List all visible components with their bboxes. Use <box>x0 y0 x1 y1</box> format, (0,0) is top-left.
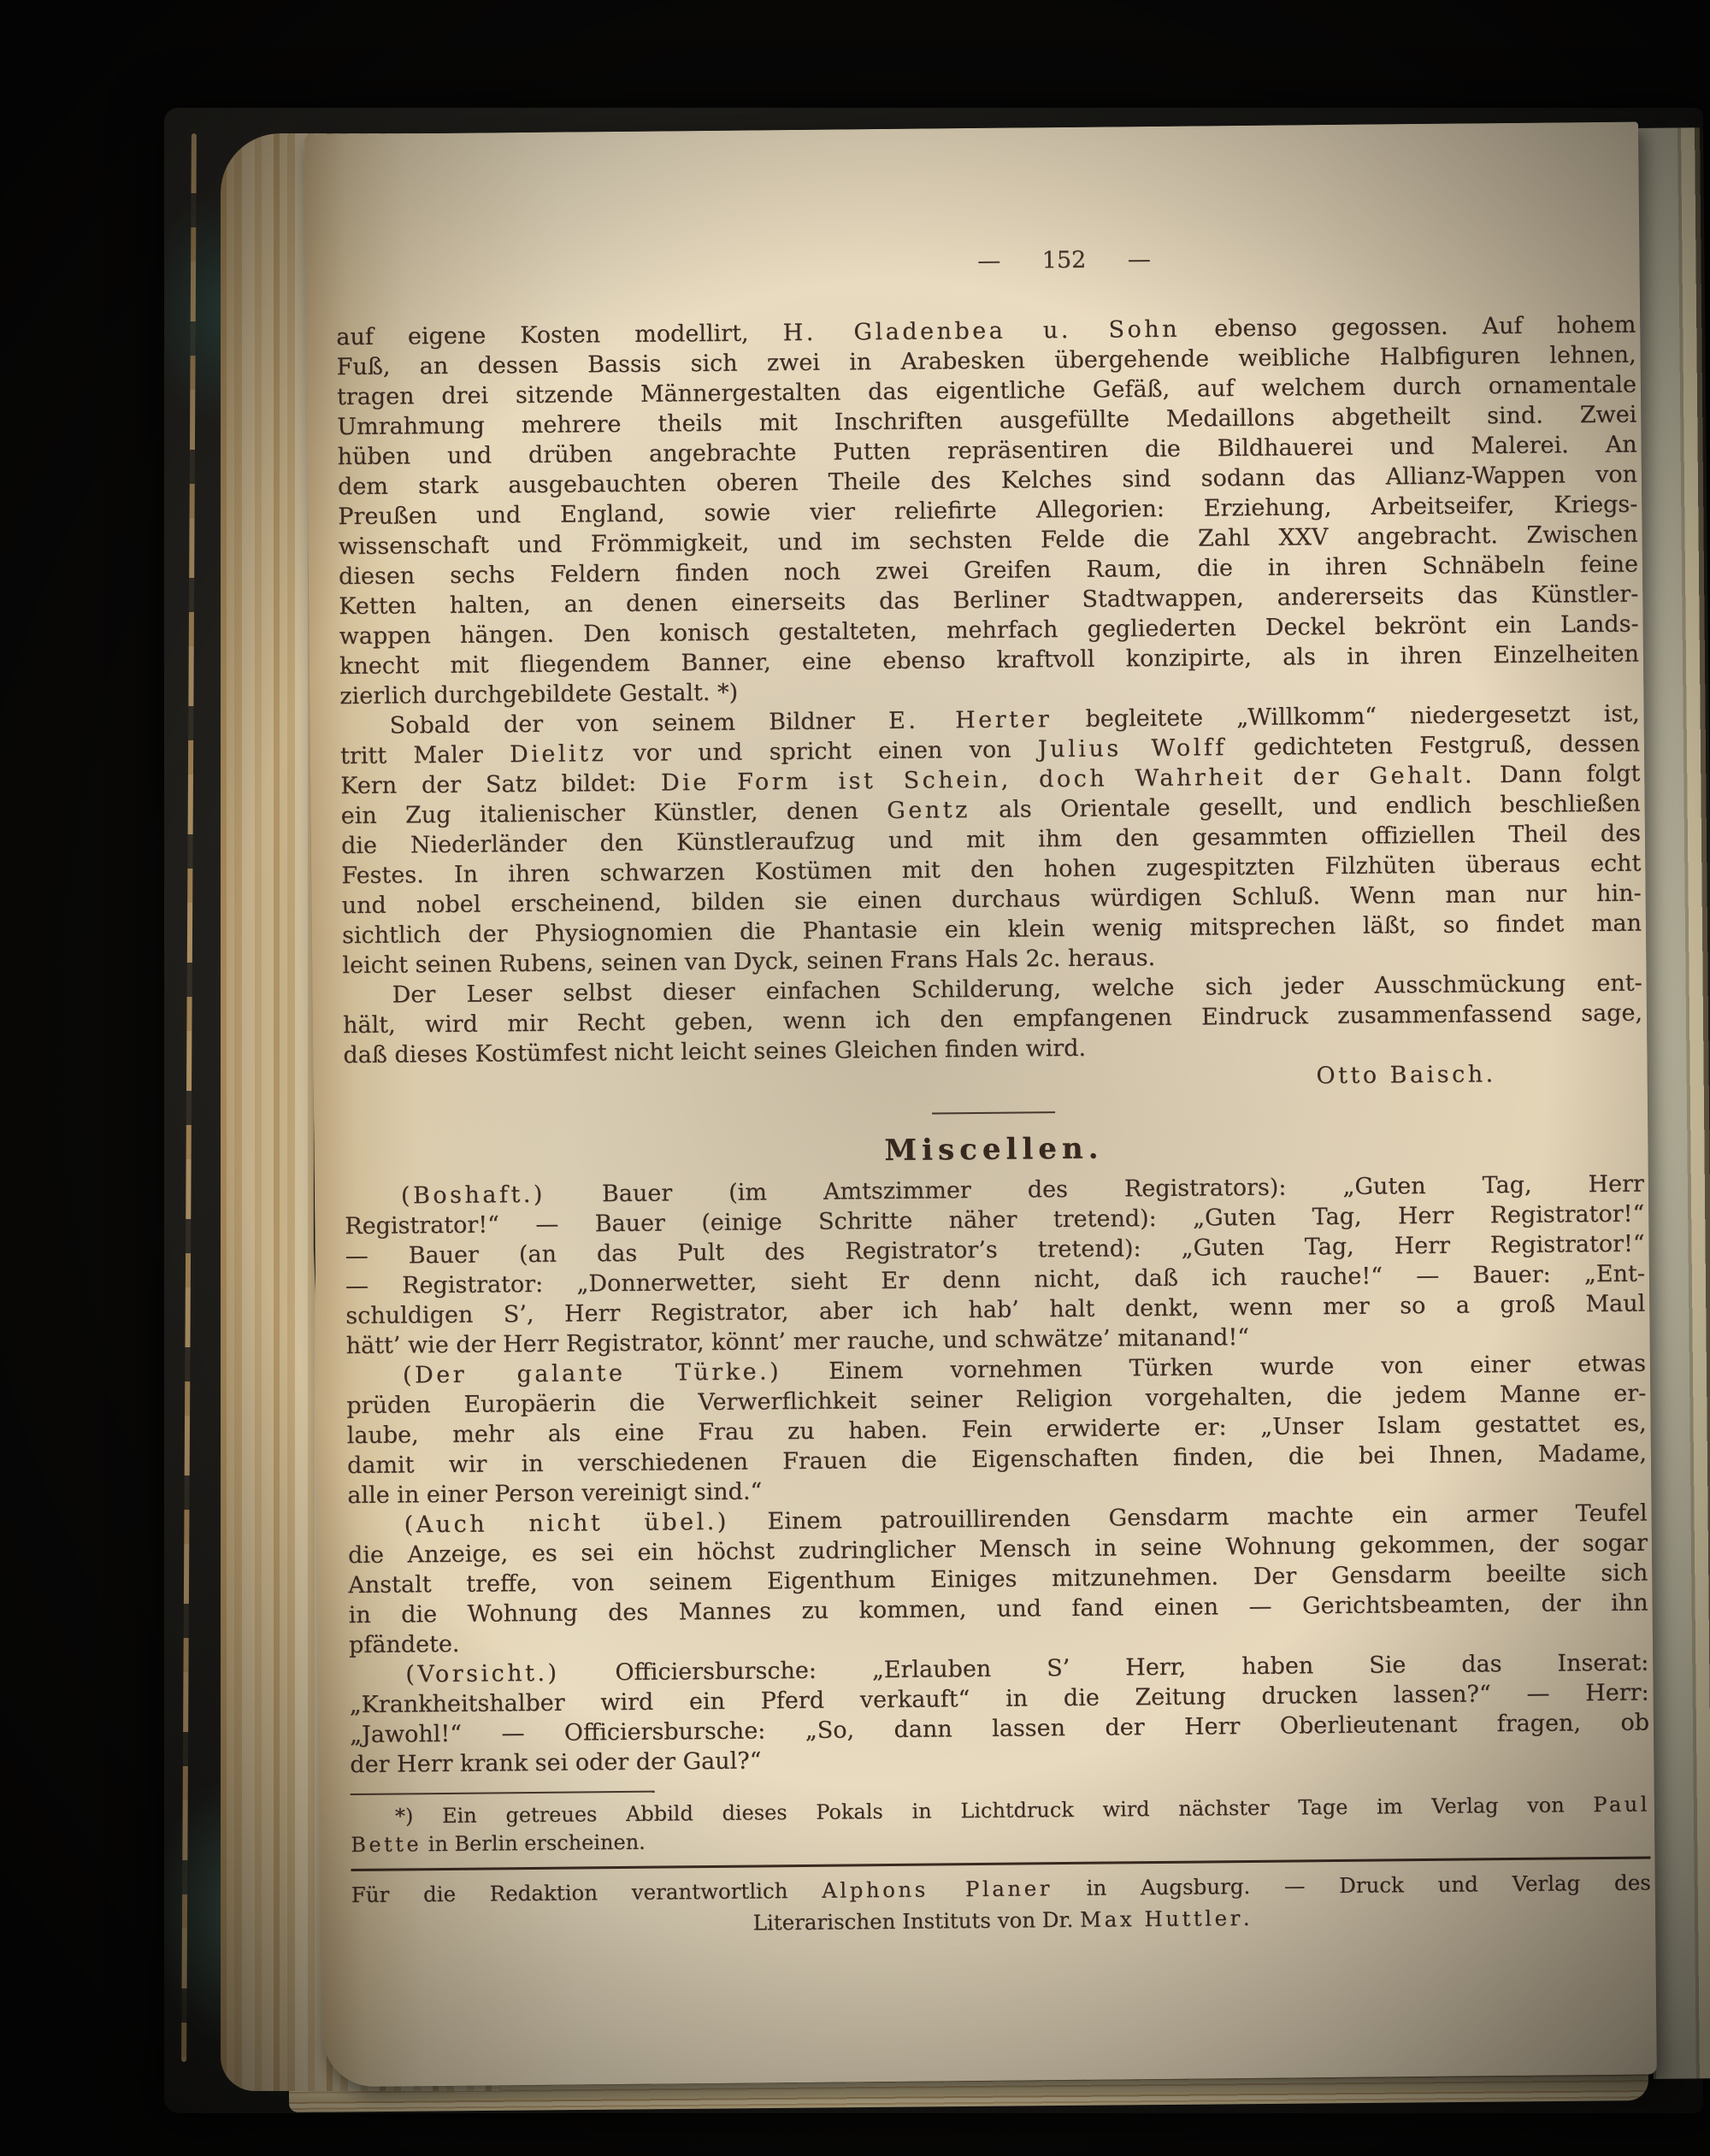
imprint: Für die Redaktion verantwortlich Alphons… <box>351 1866 1652 1942</box>
miscellen-item: (Vorsicht.) Officiersbursche: „Erlauben … <box>349 1647 1649 1780</box>
emphasized-text-segment: E. Herter <box>888 706 1052 734</box>
emphasized-text-segment: (Vorsicht.) <box>405 1660 559 1688</box>
text-segment: auf eigene Kosten modellirt, <box>336 320 783 350</box>
page-number-label: — 152 — <box>977 246 1151 274</box>
emphasized-text-segment: H. Gladenbea u. Sohn <box>783 316 1181 346</box>
miscellen-item: (Boshaft.) Bauer (im Amtszimmer des Regi… <box>345 1169 1646 1362</box>
miscellen-heading-label: Miscellen. <box>884 1132 1103 1168</box>
emphasized-text-segment: Alphons Planer <box>822 1876 1053 1903</box>
text-segment: Für die Redaktion verantwortlich <box>351 1878 823 1907</box>
text-segment: Literarischen Instituts von Dr. <box>753 1907 1081 1935</box>
emphasized-text-segment: Dielitz <box>510 740 606 768</box>
text-segment: der Herr krank sei oder der Gaul?“ <box>350 1747 761 1778</box>
article-body: auf eigene Kosten modellirt, H. Gladenbe… <box>336 310 1642 1071</box>
text-segment: pfändete. <box>349 1631 460 1658</box>
emphasized-text-segment: Julius Wolff <box>1038 734 1227 763</box>
text-segment: in Augsburg. — Druck und Verlag des <box>1053 1870 1651 1900</box>
text-segment: Kern der Satz bildet: <box>340 770 661 800</box>
emphasized-text-segment: Bette <box>351 1832 422 1857</box>
article-paragraph: Der Leser selbst dieser einfachen Schild… <box>343 969 1643 1071</box>
text-segment: alle in einer Person vereinigt sind.“ <box>347 1478 762 1509</box>
author-name: Otto Baisch. <box>1316 1061 1495 1089</box>
footnote-divider <box>351 1791 655 1795</box>
emphasized-text-segment: (Boshaft.) <box>401 1181 545 1210</box>
text-segment: begleitete „Willkomm“ niedergesetzt ist, <box>1052 701 1640 733</box>
text-segment: zierlich durchgebildete Gestalt. *) <box>339 680 738 710</box>
text-segment: Dann folgt <box>1475 761 1641 789</box>
text-segment: ein Zug italienischer Künstler, denen <box>341 798 887 829</box>
text-segment: in Berlin erscheinen. <box>422 1830 646 1857</box>
text-segment: Sobald der von seinem Bildner <box>390 708 889 739</box>
emphasized-text-segment: Gentz <box>887 797 970 824</box>
text-segment: ebenso gegossen. Auf hohem <box>1180 312 1636 343</box>
text-segment: vor und spricht einen von <box>606 736 1038 767</box>
miscellen-item: (Der galante Türke.) Einem vornehmen Tür… <box>346 1348 1648 1511</box>
emphasized-text-segment: Paul <box>1593 1792 1650 1817</box>
section-divider <box>932 1111 1055 1114</box>
miscellen-item: (Auch nicht übel.) Einem patrouillirende… <box>347 1498 1648 1660</box>
text-segment: gedichteten Festgruß, dessen <box>1227 731 1640 762</box>
page-number: — 152 — <box>414 239 1710 282</box>
emphasized-text-segment: Max Huttler <box>1080 1906 1243 1932</box>
miscellen-items: (Boshaft.) Bauer (im Amtszimmer des Regi… <box>345 1169 1650 1781</box>
text-segment: daß dieses Kostümfest nicht leicht seine… <box>343 1035 1086 1069</box>
text-segment: tritt Maler <box>340 741 510 769</box>
book-page: — 152 — auf eigene Kosten modellirt, H. … <box>304 122 1657 2088</box>
article-paragraph: auf eigene Kosten modellirt, H. Gladenbe… <box>336 310 1639 712</box>
text-segment: . <box>1243 1906 1250 1930</box>
text-segment: als Orientale gesellt, und endlich besch… <box>970 791 1641 824</box>
emphasized-text-segment: (Auch nicht übel.) <box>404 1509 729 1539</box>
text-block: — 152 — auf eigene Kosten modellirt, H. … <box>334 122 1651 1942</box>
emphasized-text-segment: (Der galante Türke.) <box>403 1358 781 1388</box>
footnote: *) Ein getreues Abbild dieses Pokals in … <box>351 1790 1651 1859</box>
miscellen-heading: Miscellen. <box>344 1122 1643 1178</box>
article-paragraph: Sobald der von seinem Bildner E. Herter … <box>340 699 1642 981</box>
